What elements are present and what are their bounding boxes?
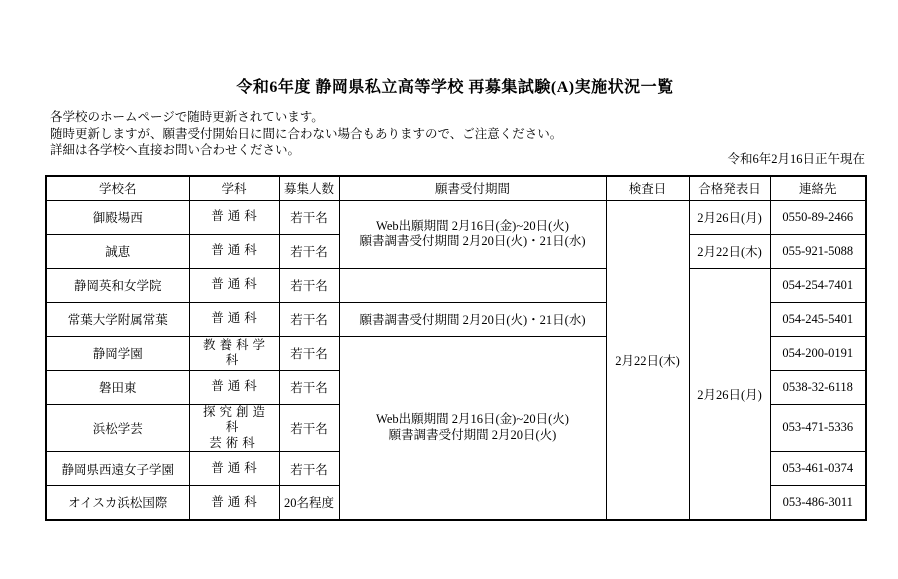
col-header-capacity: 募集人数 <box>279 176 339 200</box>
school-name-cell: 浜松学芸 <box>46 404 189 452</box>
department-cell: 普通科 <box>189 200 279 234</box>
application-period-cell: Web出願期間 2月16日(金)~20日(火) 願書調書受付期間 2月20日(火… <box>339 336 606 520</box>
contact-cell: 053-471-5336 <box>770 404 866 452</box>
col-header-application-period: 願書受付期間 <box>339 176 606 200</box>
contact-cell: 0550-89-2466 <box>770 200 866 234</box>
col-header-exam-date: 検査日 <box>606 176 689 200</box>
schools-table: 学校名 学科 募集人数 願書受付期間 検査日 合格発表日 連絡先 御殿場西 普通… <box>45 175 867 521</box>
header-row: 学校名 学科 募集人数 願書受付期間 検査日 合格発表日 連絡先 <box>46 176 866 200</box>
capacity-cell: 若干名 <box>279 370 339 404</box>
capacity-cell: 若干名 <box>279 404 339 452</box>
application-period-cell: 願書調書受付期間 2月20日(火)・21日(水) <box>339 302 606 336</box>
col-header-contact: 連絡先 <box>770 176 866 200</box>
school-name-cell: オイスカ浜松国際 <box>46 486 189 520</box>
department-cell: 普通科 <box>189 486 279 520</box>
capacity-cell: 20名程度 <box>279 486 339 520</box>
contact-cell: 055-921-5088 <box>770 234 866 268</box>
application-period-cell <box>339 268 606 302</box>
department-cell: 普通科 <box>189 268 279 302</box>
as-of-date: 令和6年2月16日正午現在 <box>45 149 865 167</box>
contact-cell: 054-245-5401 <box>770 302 866 336</box>
department-cell: 普通科 <box>189 302 279 336</box>
note-line: 随時更新しますが、願書受付開始日に間に合わない場合もありますので、ご注意ください… <box>50 126 562 143</box>
result-date-cell: 2月26日(月) <box>689 268 770 520</box>
contact-cell: 0538-32-6118 <box>770 370 866 404</box>
department-cell: 普通科 <box>189 370 279 404</box>
department-cell: 教養科学科 <box>189 336 279 370</box>
school-name-cell: 静岡英和女学院 <box>46 268 189 302</box>
contact-cell: 053-486-3011 <box>770 486 866 520</box>
capacity-cell: 若干名 <box>279 234 339 268</box>
capacity-cell: 若干名 <box>279 336 339 370</box>
note-line: 各学校のホームページで随時更新されています。 <box>50 109 562 126</box>
exam-date-cell: 2月22日(木) <box>606 200 689 520</box>
table-row: 御殿場西 普通科 若干名 Web出願期間 2月16日(金)~20日(火) 願書調… <box>46 200 866 234</box>
result-date-cell: 2月26日(月) <box>689 200 770 234</box>
contact-cell: 054-254-7401 <box>770 268 866 302</box>
school-name-cell: 御殿場西 <box>46 200 189 234</box>
capacity-cell: 若干名 <box>279 302 339 336</box>
contact-cell: 054-200-0191 <box>770 336 866 370</box>
col-header-result-date: 合格発表日 <box>689 176 770 200</box>
school-name-cell: 静岡学園 <box>46 336 189 370</box>
school-name-cell: 常葉大学附属常葉 <box>46 302 189 336</box>
capacity-cell: 若干名 <box>279 268 339 302</box>
capacity-cell: 若干名 <box>279 200 339 234</box>
school-name-cell: 誠恵 <box>46 234 189 268</box>
department-cell: 探究創造科 芸術科 <box>189 404 279 452</box>
capacity-cell: 若干名 <box>279 452 339 486</box>
school-name-cell: 静岡県西遠女子学園 <box>46 452 189 486</box>
school-name-cell: 磐田東 <box>46 370 189 404</box>
page-title: 令和6年度 静岡県私立高等学校 再募集試験(A)実施状況一覧 <box>45 74 865 97</box>
department-cell: 普通科 <box>189 452 279 486</box>
application-period-cell: Web出願期間 2月16日(金)~20日(火) 願書調書受付期間 2月20日(火… <box>339 200 606 268</box>
col-header-school: 学校名 <box>46 176 189 200</box>
col-header-department: 学科 <box>189 176 279 200</box>
department-cell: 普通科 <box>189 234 279 268</box>
contact-cell: 053-461-0374 <box>770 452 866 486</box>
result-date-cell: 2月22日(木) <box>689 234 770 268</box>
table-row: 静岡英和女学院 普通科 若干名 2月26日(月) 054-254-7401 <box>46 268 866 302</box>
